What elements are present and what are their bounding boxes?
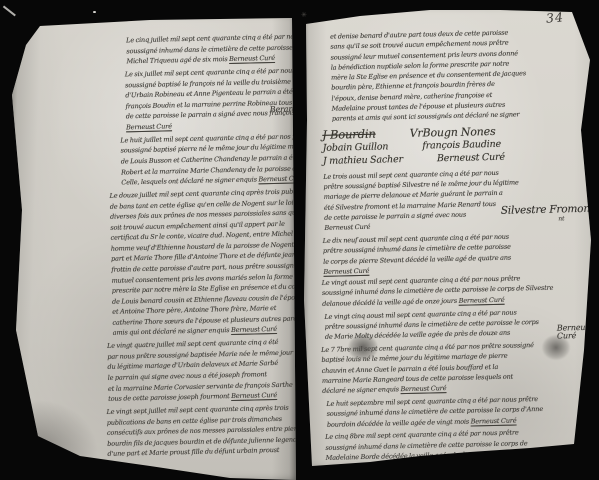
record-block: Le douze juillet mil sept cent quarante …	[110, 187, 303, 339]
record-block: Le vingt aoust mil sept cent quarante ci…	[322, 272, 585, 309]
record-block: Le cinq juillet mil sept cent quarante c…	[126, 31, 297, 66]
record-block: et denise benard d'autre part tous deux …	[330, 26, 580, 124]
ink-blot	[542, 335, 570, 360]
record-block: Le vingt quatre juillet mil sept cent qu…	[107, 337, 304, 405]
cure-signature: Berneust Curé	[459, 295, 505, 304]
cure-signature: Berneust Curé	[400, 384, 446, 393]
signature: Silvestre Fromont	[501, 204, 594, 216]
line-text: Celle, lesquels ont déclaré ne signer en…	[121, 175, 258, 186]
cure-signature: Berneust Curé	[231, 325, 277, 334]
signature: J Bourdin	[322, 127, 376, 141]
line-text: d'une part et Marie proust fille du défu…	[107, 446, 279, 458]
record-block: Le trois aoust mil sept cent quarante ci…	[323, 166, 582, 234]
cure-signature: Berneust Curé	[229, 54, 275, 63]
scanner-scratch-mark	[3, 6, 16, 16]
cure-signature: Berneust Curé	[126, 122, 172, 131]
line-text: Berneust Curé	[324, 223, 370, 232]
line-text: Madelaine Borde décédée la veille agée d…	[326, 450, 485, 462]
record-block: J BourdinVrBougn NonesJobain Guillonfran…	[322, 123, 581, 168]
line-text: tous de cette paroisse joseph fourmont	[108, 392, 231, 403]
left-page-text: Le cinq juillet mil sept cent quarante c…	[96, 31, 306, 459]
cure-signature: Berneust Curé	[323, 267, 369, 276]
cure-signature: Berneust Curé	[484, 449, 530, 458]
record-block: Le six juillet mil sept cent quarante ci…	[125, 66, 298, 133]
cure-signature: Berneust Curé	[231, 391, 277, 400]
line-text: parents et amis qui sont ici soussignés …	[332, 111, 520, 123]
ink-blot	[348, 334, 378, 361]
signature: Berneust Curé	[437, 150, 505, 165]
gutter-ink-mark: ✳	[301, 11, 307, 19]
record-block: Le dix neuf aoust mil sept cent quarante…	[323, 230, 584, 277]
line-text: amis qui ont déclaré ne signer enquis	[113, 326, 232, 337]
right-page: 34 et denise benard d'autre part tous de…	[300, 6, 598, 468]
cure-signature: Berneust Curé	[471, 416, 517, 425]
record-block: Le huit septembre mil sept cent quarante…	[326, 393, 587, 430]
margin-note: Berard 1H	[270, 105, 312, 113]
cure-signature: Berneust Curé	[258, 174, 304, 183]
line-text: bourdoin décédée la veille agée de vingt…	[327, 417, 471, 428]
manuscript-scan: Le cinq juillet mil sept cent quarante c…	[0, 0, 599, 480]
left-page: Le cinq juillet mil sept cent quarante c…	[8, 14, 298, 480]
paper-speck	[93, 11, 96, 13]
record-block: Le cinq 8bre mil sept cent quarante cinq…	[325, 426, 588, 463]
line-text: déclaré ne signer enquis	[322, 385, 401, 395]
line-text: Michel Triqueau agé de six mois	[126, 55, 229, 65]
folio-number: 34	[545, 9, 564, 26]
record-block: Le huit juillet mil sept cent quarante c…	[120, 131, 299, 188]
record-block: Le vingt sept juillet mil sept cent quar…	[106, 402, 305, 459]
right-page-text: et denise benard d'autre part tous deux …	[314, 26, 588, 463]
line-text: delanoue décédé la veille agé de onze jo…	[322, 297, 459, 308]
line-text: soussigné inhumé dans le cimetière de ce…	[126, 42, 328, 55]
signature: J mathieu Sacher	[323, 153, 403, 168]
